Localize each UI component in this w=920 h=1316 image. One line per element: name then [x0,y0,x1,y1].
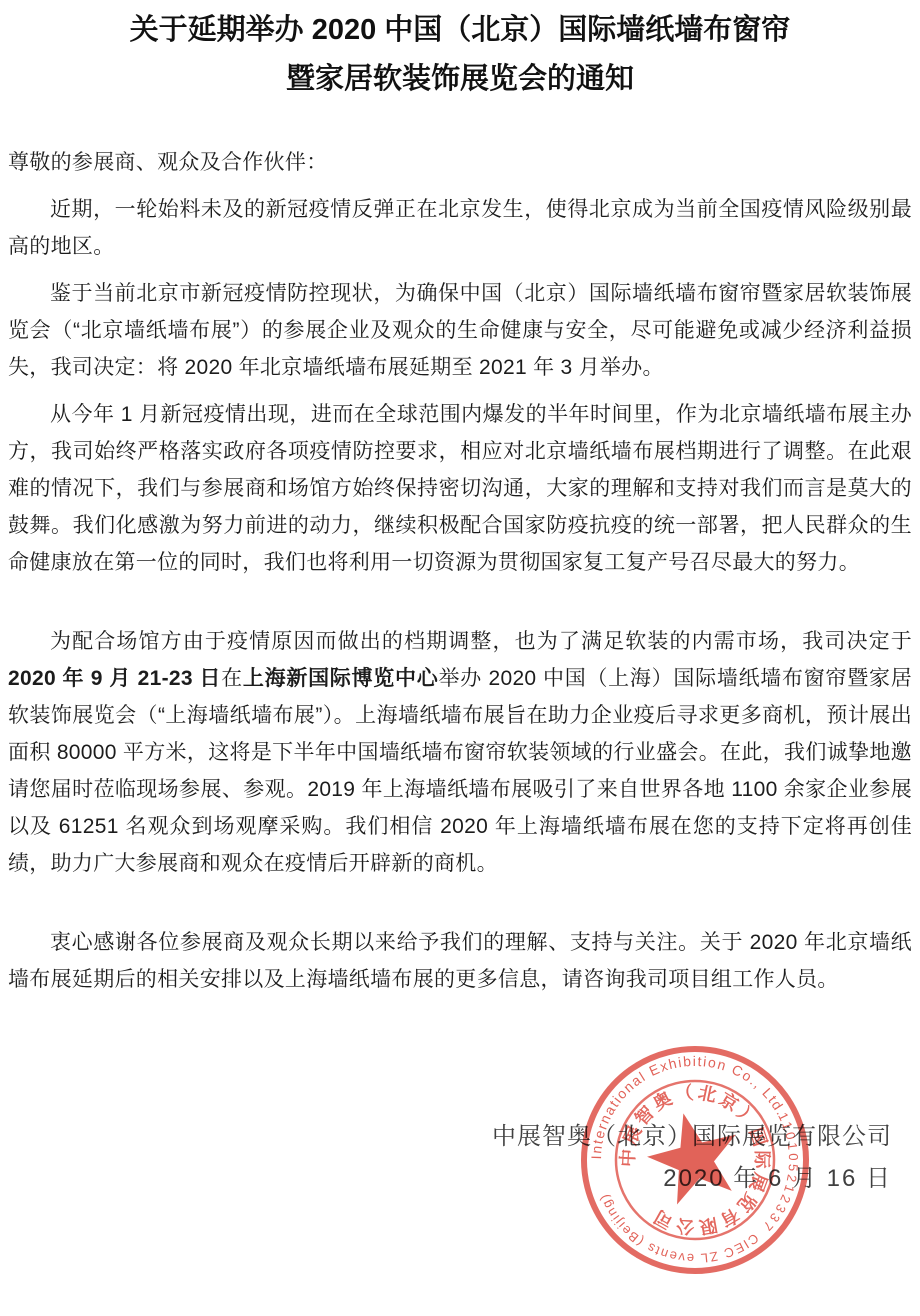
paragraph: 鉴于当前北京市新冠疫情防控现状，为确保中国（北京）国际墙纸墙布窗帘暨家居软装饰展… [8,275,912,386]
signature-area: 中展智奥（北京）国际展览有限公司 2020 年 6 月 16 日 Interna… [0,1008,920,1288]
paragraph: 衷心感谢各位参展商及观众长期以来给予我们的理解、支持与关注。关于 2020 年北… [8,924,912,998]
paragraph-text: 近期，一轮始料未及的新冠疫情反弹正在北京发生，使得北京成为当前全国疫情风险级别最… [8,198,912,258]
paragraph: 为配合场馆方由于疫情原因而做出的档期调整，也为了满足软装的内需市场，我司决定于 … [8,623,912,882]
paragraph-text: 在 [221,667,243,690]
document-body: 尊敬的参展商、观众及合作伙伴：近期，一轮始料未及的新冠疫情反弹正在北京发生，使得… [0,144,920,998]
paragraph-text-bold: 上海新国际博览中心 [243,667,439,690]
paragraph-text-bold: 2020 年 9 月 21-23 日 [8,667,221,690]
company-seal-stamp: International Exhibition Co., Ltd. 11010… [575,1040,815,1280]
paragraph-text: 举办 2020 中国（上海）国际墙纸墙布窗帘暨家居软装饰展览会（“上海墙纸墙布展… [8,667,912,875]
paragraph: 从今年 1 月新冠疫情出现，进而在全球范围内爆发的半年时间里，作为北京墙纸墙布展… [8,396,912,581]
paragraph-text: 尊敬的参展商、观众及合作伙伴： [8,151,328,174]
paragraph-text: 衷心感谢各位参展商及观众长期以来给予我们的理解、支持与关注。关于 2020 年北… [8,931,912,991]
title-line-2: 暨家居软装饰展览会的通知 [0,55,920,104]
paragraph: 近期，一轮始料未及的新冠疫情反弹正在北京发生，使得北京成为当前全国疫情风险级别最… [8,191,912,265]
paragraph-text: 为配合场馆方由于疫情原因而做出的档期调整，也为了满足软装的内需市场，我司决定于 [50,630,912,653]
notice-document-page: 关于延期举办 2020 中国（北京）国际墙纸墙布窗帘 暨家居软装饰展览会的通知 … [0,0,920,1316]
paragraph: 尊敬的参展商、观众及合作伙伴： [8,144,912,181]
title-line-1: 关于延期举办 2020 中国（北京）国际墙纸墙布窗帘 [0,6,920,55]
document-title: 关于延期举办 2020 中国（北京）国际墙纸墙布窗帘 暨家居软装饰展览会的通知 [0,6,920,104]
paragraph-text: 鉴于当前北京市新冠疫情防控现状，为确保中国（北京）国际墙纸墙布窗帘暨家居软装饰展… [8,282,912,379]
paragraph-text: 从今年 1 月新冠疫情出现，进而在全球范围内爆发的半年时间里，作为北京墙纸墙布展… [8,403,912,574]
